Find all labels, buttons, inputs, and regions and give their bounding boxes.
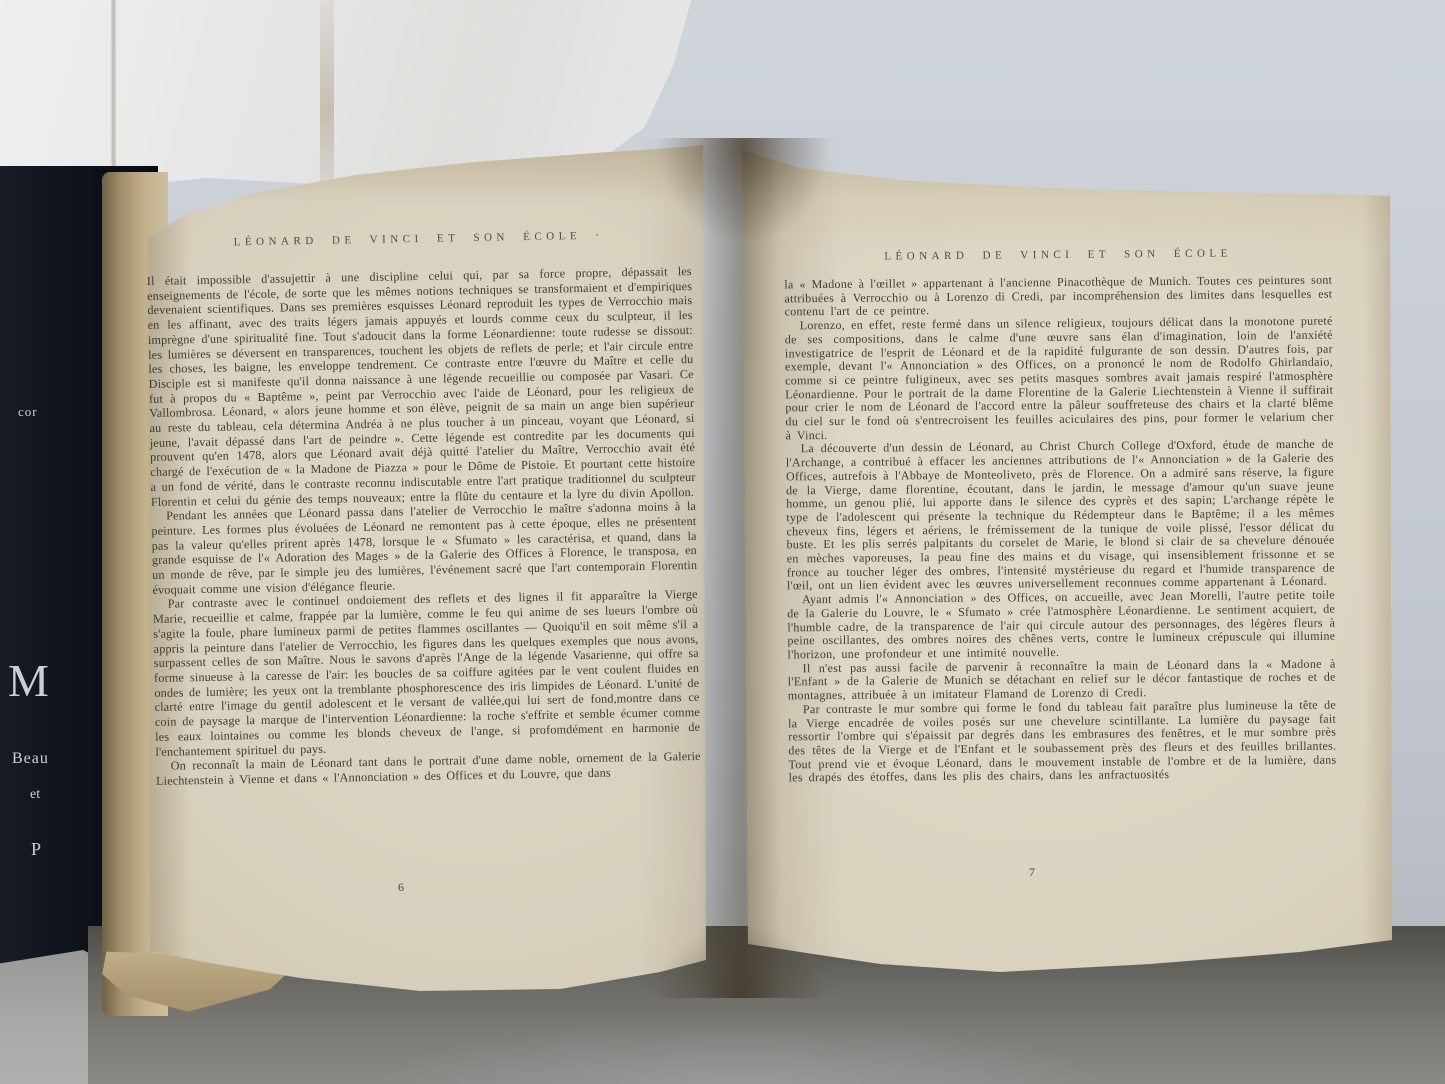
left-paragraph-1: Il était impossible d'assujettir à une d…: [147, 264, 696, 509]
right-paragraph-2: Lorenzo, en effet, reste fermé dans un s…: [785, 315, 1334, 443]
page-number-left: 6: [398, 880, 404, 895]
right-paragraph-3: La découverte d'un dessin de Léonard, au…: [786, 438, 1335, 594]
right-paragraph-6: Par contraste le mur sombre qui forme le…: [788, 698, 1337, 785]
right-paragraph-5: Il n'est pas aussi facile de parvenir à …: [788, 657, 1336, 703]
jacket-text-fragment-3: Beau: [12, 750, 49, 768]
jacket-text-fragment-5: P: [31, 839, 41, 860]
left-page-text: LÉONARD DE VINCI ET SON ÉCOLE · Il était…: [146, 228, 701, 789]
left-paragraph-3: Par contraste avec le continuel ondoieme…: [153, 587, 701, 759]
jacket-text-fragment-2: M: [8, 654, 51, 707]
jacket-text-fragment-4: et: [30, 787, 40, 803]
jacket-text-fragment-1: cor: [18, 404, 38, 420]
right-paragraph-4: Ayant admis l'« Annonciation » des Offic…: [787, 589, 1336, 662]
right-paragraph-1: la « Madone à l'œillet » appartenant à l…: [784, 274, 1332, 320]
paper-smudge: [320, 0, 334, 192]
paper-crease: [110, 0, 117, 192]
right-page-text: LÉONARD DE VINCI ET SON ÉCOLE la « Madon…: [784, 247, 1337, 786]
left-paragraph-2: Pendant les années que Léonard passa dan…: [151, 499, 698, 597]
page-number-right: 7: [1029, 865, 1035, 880]
photo-scene: cor M Beau et P LÉONARD DE VINCI ET SON …: [0, 0, 1445, 1084]
